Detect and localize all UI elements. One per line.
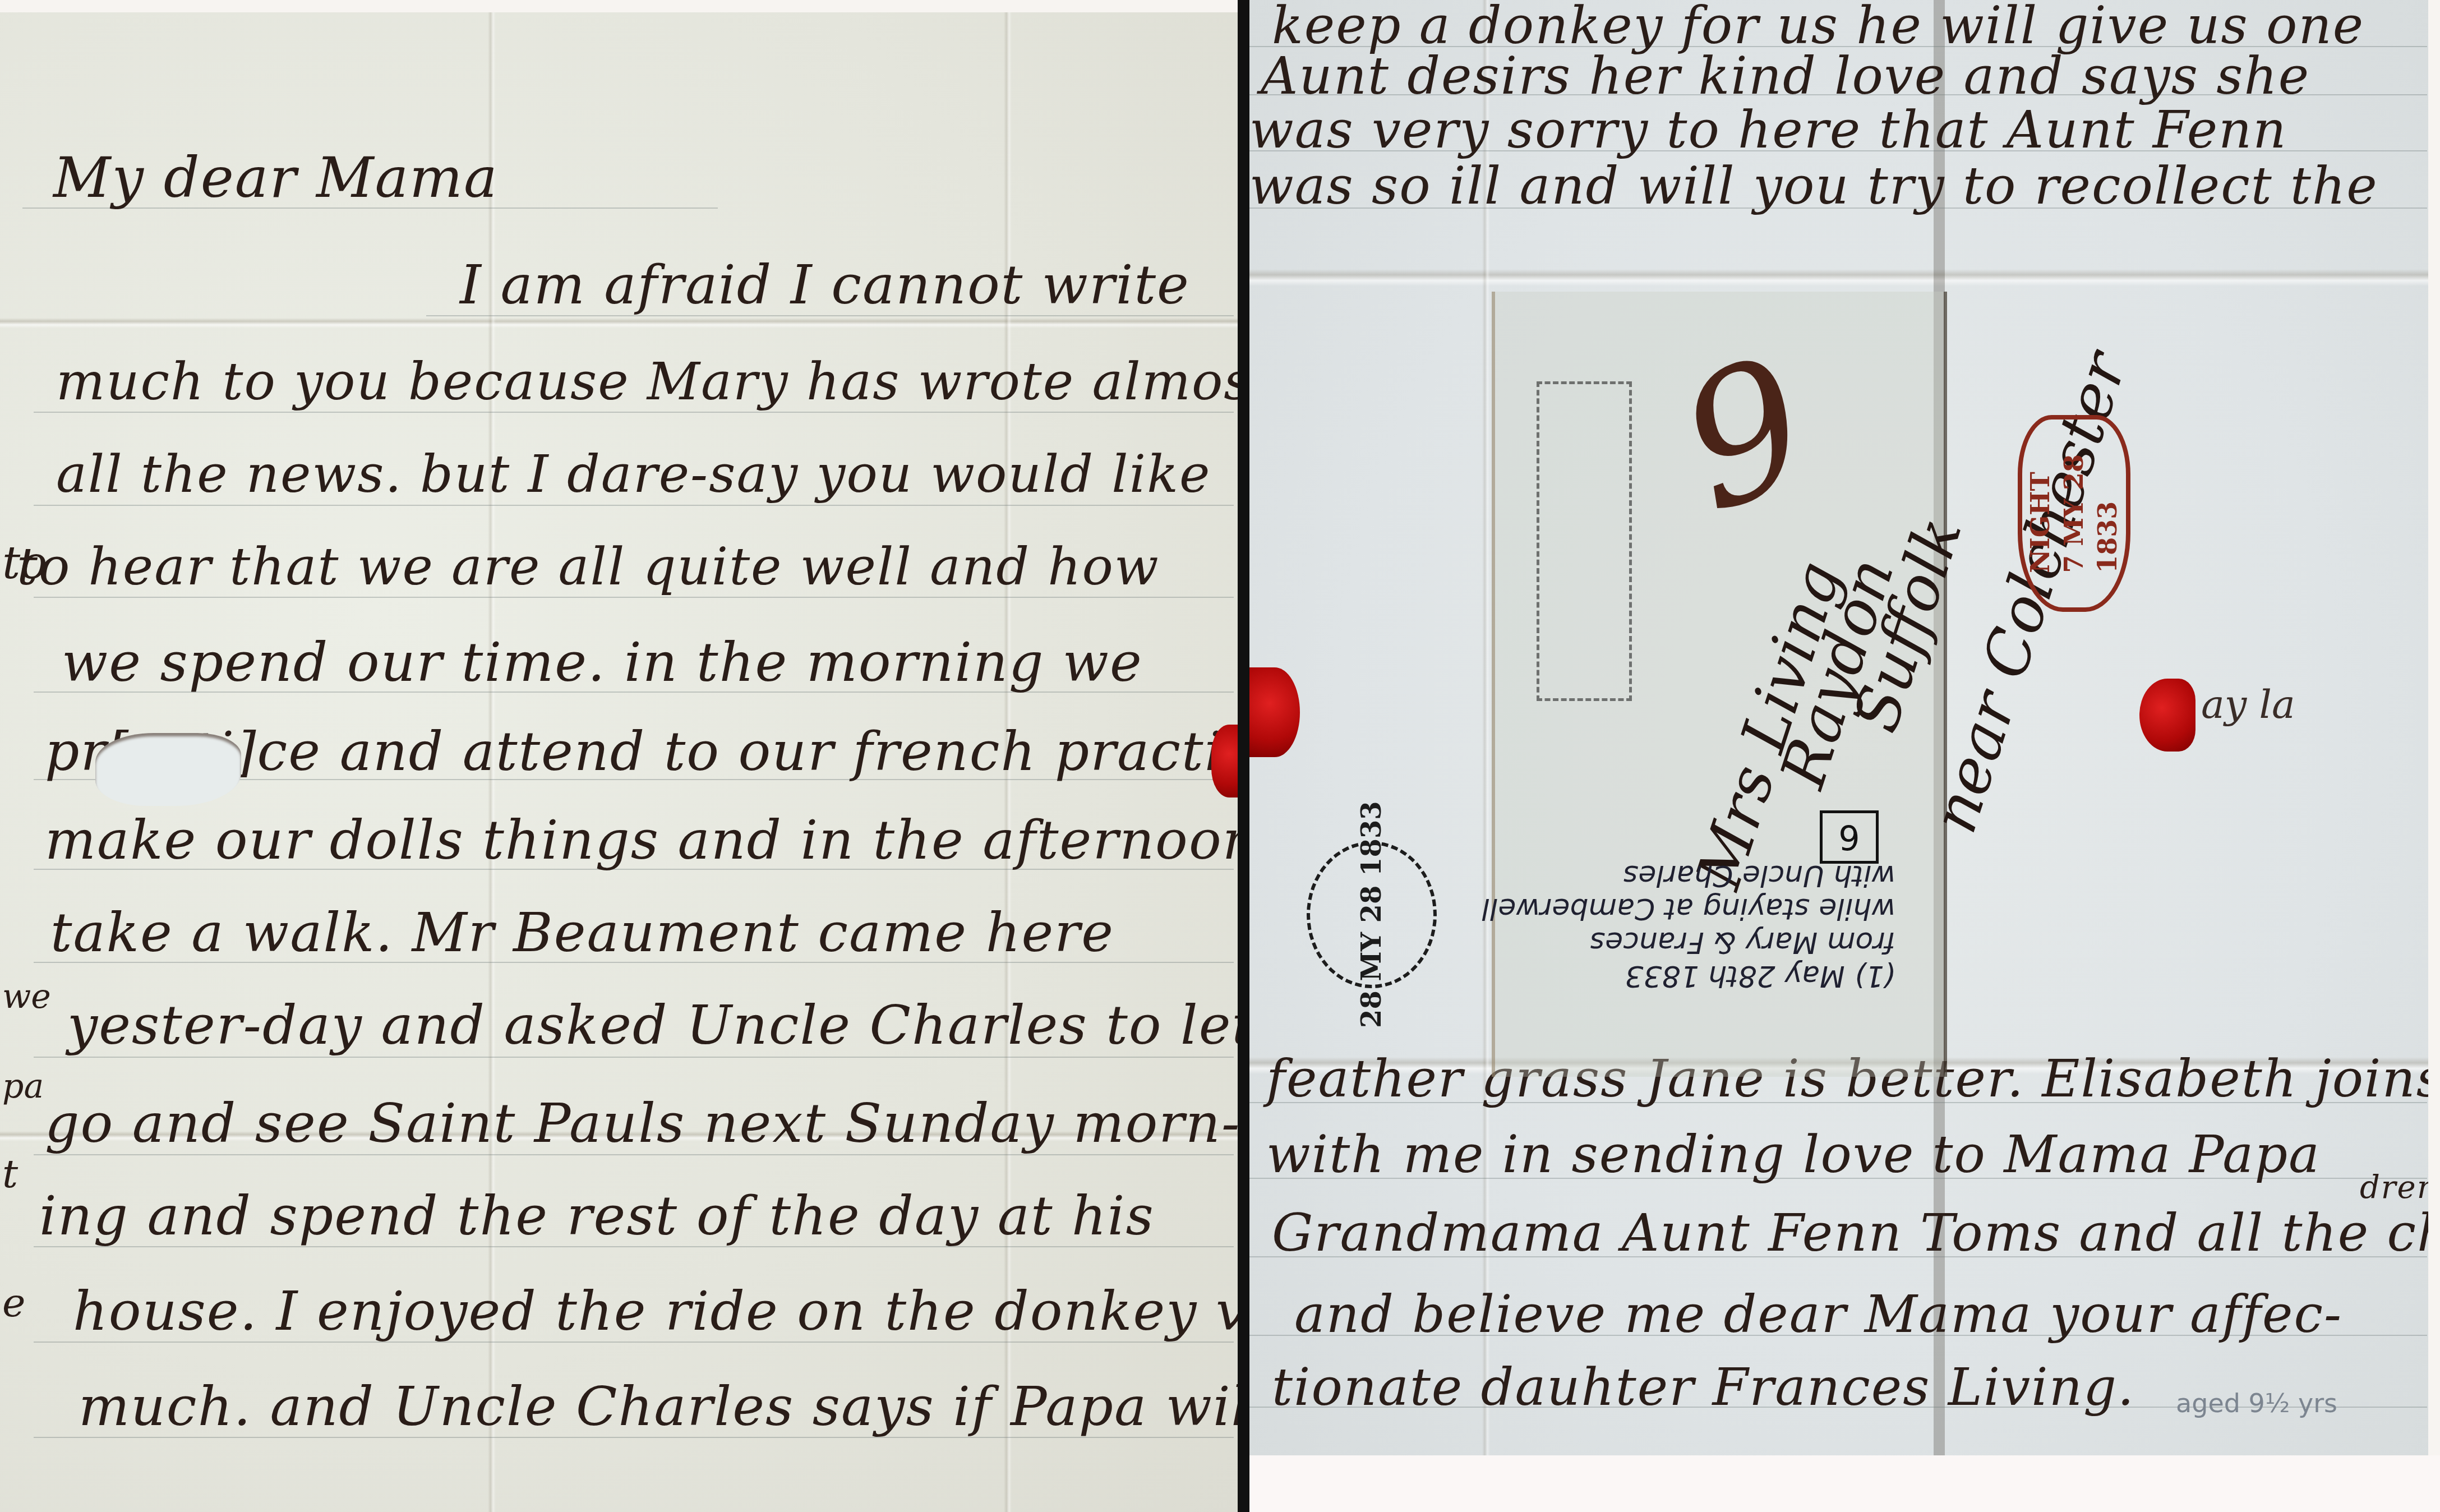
letter-line: make our dolls things and in the afterno… [45,809,1238,872]
fold-crease [1249,269,2428,286]
letter-line: all the news. but I dare-say you would l… [56,444,1211,504]
letter-line: much to you because Mary has wrote almos… [56,352,1238,412]
letter-line: go and see Saint Pauls next Sunday morn- [45,1092,1238,1155]
margin-fragment: to [2,537,47,589]
ruled-line [34,505,1234,506]
ruled-line [34,1057,1234,1058]
margin-fragment: e [2,1280,25,1326]
postmark-line: 1833 [2092,501,2122,573]
letter-line: Aunt desirs her kind love and says she [1261,46,2310,106]
letter-line: was very sorry to here that Aunt Fenn [1249,100,2287,160]
margin-fragment: t [2,1151,18,1197]
boxed-mark: 6 [1820,810,1879,864]
letter-line: with me in sending love to Mama Papa [1266,1124,2321,1184]
ruled-line [34,597,1234,598]
annotation-line: (1) May 28th 1833 [1469,958,1895,992]
paper-hole [95,733,241,806]
scan-background [1249,1455,2440,1512]
margin-fragment: we [2,977,51,1016]
letter-line: we spend our time. in the morning we [62,631,1143,694]
interlinear-addition: dren [2360,1169,2428,1206]
letter-line: take a walk. Mr Beaument came here [50,901,1114,964]
letter-signature-line: tionate dauhter Frances Living. [1272,1357,2135,1417]
annotation-line: with Uncle Charles [1469,858,1895,892]
torn-flap-text: ay la [2201,681,2295,727]
letter-left-page: My dear Mama I am afraid I cannot write … [0,12,1238,1512]
wax-seal-fragment [1211,725,1238,798]
wax-seal-left [1249,667,1300,757]
ruled-line [34,412,1234,413]
letter-line: Grandmama Aunt Fenn Toms and all the chi… [1272,1203,2428,1263]
letter-line: yester-day and asked Uncle Charles to le… [67,994,1238,1057]
letter-line: and believe me dear Mama your affec- [1294,1284,2342,1344]
boxed-handstamp [1537,381,1632,701]
annotation-line: from Mary & Frances [1469,925,1895,959]
postmark-text: NIGHT 7 MY 28 1833 [2024,454,2124,573]
margin-fragment: pa [2,1067,44,1106]
letter-line: was so ill and will you try to recollect… [1249,156,2378,216]
letter-line: I am afraid I cannot write [460,253,1190,316]
wax-seal-right [2139,679,2195,752]
page-divider [1238,0,1249,1512]
letter-line: to hear that we are all quite well and h… [17,537,1160,597]
archive-annotation: (1) May 28th 1833 from Mary & Frances wh… [1469,858,1895,992]
postmark-text: 28 MY 28 1833 [1356,801,1387,1029]
postmark-line: 7 MY 28 [2059,454,2089,573]
circular-postmark: 28 MY 28 1833 [1307,841,1437,988]
letter-line: house. I enjoyed the ride on the donkey … [73,1280,1238,1343]
letter-line: ing and spend the rest of the day at his [39,1184,1155,1247]
pencil-annotation: aged 9½ yrs [2176,1388,2337,1418]
fold-crease [0,318,1238,328]
red-night-postmark: NIGHT 7 MY 28 1833 [2018,415,2130,612]
letter-salutation: My dear Mama [53,145,499,210]
annotation-line: while staying at Camberwell [1469,892,1895,925]
letter-line: much. and Uncle Charles says if Papa wil… [79,1375,1238,1438]
postmark-line: NIGHT [2025,472,2055,573]
